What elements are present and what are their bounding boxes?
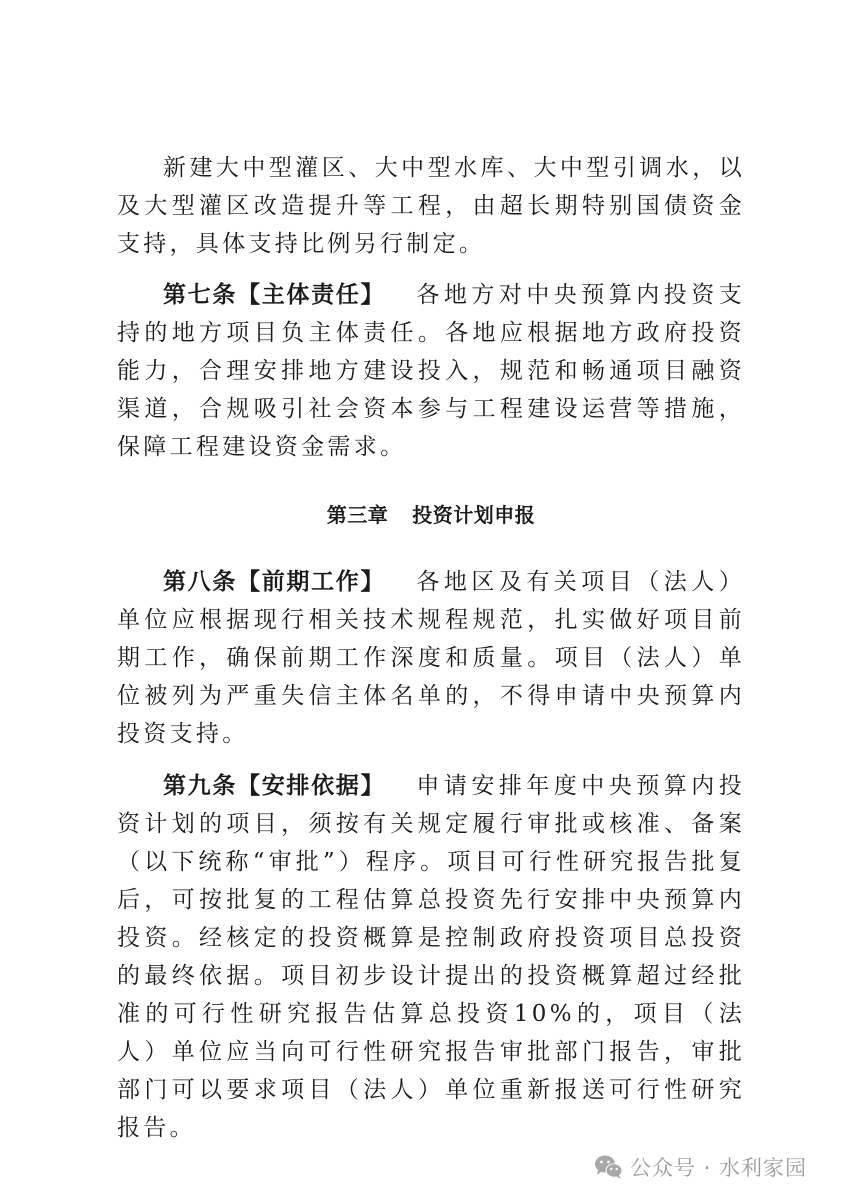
article-title: 【前期工作】 [237,569,385,595]
document-page: 新建大中型灌区、大中型水库、大中型引调水，以及大型灌区改造提升等工程，由超长期特… [117,149,745,1147]
article-text: 各地区及有关项目（法人）单位应根据现行相关技术规程规范，扎实做好项目前期工作，确… [117,569,745,747]
article-text: 各地方对中央预算内投资支持的地方项目负主体责任。各地应根据地方政府投资能力，合理… [117,282,745,460]
article-8: 第八条【前期工作】各地区及有关项目（法人）单位应根据现行相关技术规程规范，扎实做… [117,563,745,753]
paragraph-text: 新建大中型灌区、大中型水库、大中型引调水，以及大型灌区改造提升等工程，由超长期特… [117,155,745,257]
article-number: 第八条 [163,569,237,595]
article-7: 第七条【主体责任】各地方对中央预算内投资支持的地方项目负主体责任。各地应根据地方… [117,276,745,466]
chapter-title: 投资计划申报 [412,503,535,527]
watermark-label: 公众号 · 水利家园 [630,1152,807,1182]
article-title: 【主体责任】 [237,282,385,308]
article-title: 【安排依据】 [237,773,385,799]
chapter-heading: 第三章投资计划申报 [117,496,745,534]
chapter-number: 第三章 [327,503,389,527]
watermark: 公众号 · 水利家园 [594,1152,807,1182]
article-number: 第九条 [163,773,237,799]
paragraph-funding: 新建大中型灌区、大中型水库、大中型引调水，以及大型灌区改造提升等工程，由超长期特… [117,149,745,263]
wechat-icon [594,1154,624,1180]
article-number: 第七条 [163,282,237,308]
article-text: 申请安排年度中央预算内投资计划的项目，须按有关规定履行审批或核准、备案（以下统称… [117,773,745,1141]
article-9: 第九条【安排依据】申请安排年度中央预算内投资计划的项目，须按有关规定履行审批或核… [117,767,745,1147]
